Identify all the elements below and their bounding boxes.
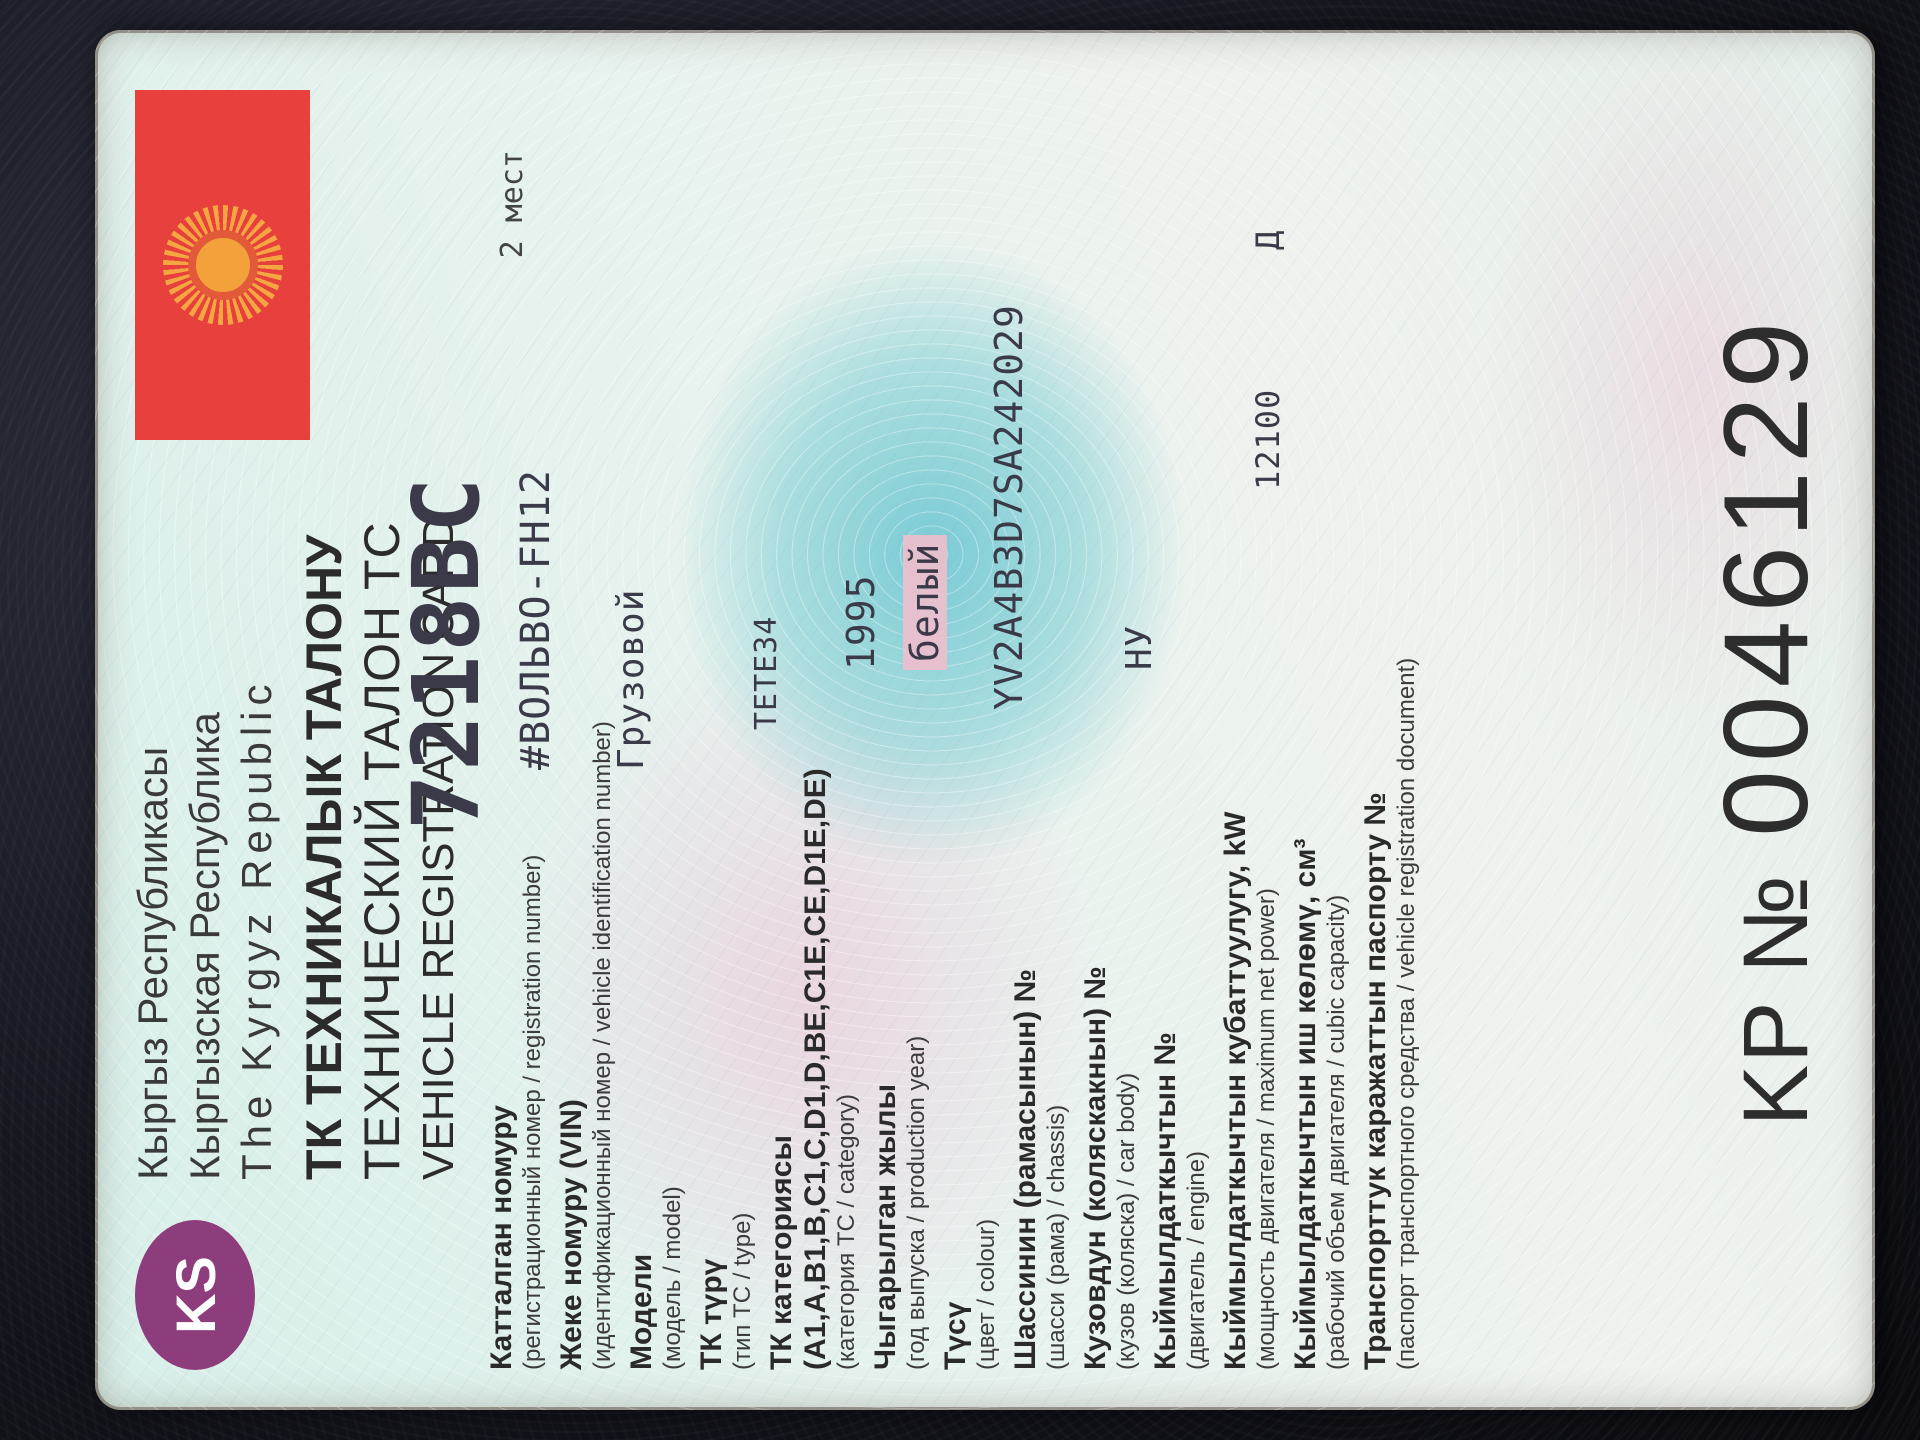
- production-year-value: 1995: [839, 574, 883, 670]
- chassis-value: YV2A4B3D7SA242029: [987, 304, 1031, 710]
- field-colour: Түсү (цвет / colour) белый: [939, 70, 1001, 1370]
- field-engine: Кыймылдаткычтын № (двигатель / engine) Н…: [1149, 70, 1211, 1370]
- issuer-ky: Кыргыз Республикасы: [127, 679, 179, 1181]
- registration-number-value: 7218BC: [393, 474, 500, 830]
- issuer-block: Кыргыз Республикасы Кыргызская Республик…: [127, 679, 283, 1181]
- field-cubic-capacity: Кыймылдаткычтын иш көлөмү, см³ (рабочий …: [1289, 70, 1351, 1370]
- document-number: KP №0046129: [1697, 70, 1835, 1370]
- field-car-body: Кузовдун (коляскакнын) № (кузов (коляска…: [1079, 70, 1141, 1370]
- model-value: Грузовой: [611, 589, 652, 770]
- category-value: ТЕТЕЗ4: [749, 616, 784, 730]
- cubic-capacity-value: 12100: [1249, 389, 1287, 490]
- field-model: Модели (модель / model) Грузовой: [625, 70, 687, 1370]
- document-number-value: 0046129: [1699, 314, 1833, 837]
- ks-badge-text: KS: [163, 1256, 228, 1334]
- colour-value: белый: [903, 535, 947, 670]
- issuer-en: The Kyrgyz Republic: [231, 679, 283, 1181]
- engine-value: НУ: [1119, 625, 1160, 670]
- document-number-prefix: KP №: [1725, 873, 1827, 1126]
- field-registration-document: Транспорттук каражаттын паспорту № (пасп…: [1359, 70, 1421, 1370]
- fuel-mark-value: Д: [1249, 230, 1287, 250]
- vehicle-registration-card: KS Кыргыз Республикасы Кыргызская Респуб…: [95, 30, 1875, 1410]
- field-chassis: Шассинин (рамасынын) № (шасси (рама) / c…: [1009, 70, 1071, 1370]
- field-production-year: Чыгарылган жылы (год выпуска / productio…: [869, 70, 931, 1370]
- field-list: Катталган номуру (регистрационный номер …: [485, 70, 1429, 1370]
- field-engine-power: Кыймылдаткычтын кубаттуулугу, kW (мощнос…: [1219, 70, 1281, 1370]
- field-type: ТК түрү (тип ТС / type): [695, 70, 757, 1370]
- kyrgyz-flag-icon: [135, 90, 310, 440]
- vin-value: #ВОЛЬВО-FH12: [513, 469, 559, 770]
- issuer-ru: Кыргызская Республика: [179, 679, 231, 1181]
- flag-sun-icon: [163, 205, 283, 325]
- ks-badge: KS: [135, 1220, 255, 1370]
- field-category: ТК категориясы (A1,A,B1,B,C1,C,D1,D,BE,C…: [765, 70, 861, 1370]
- title-ky: ТК ТЕХНИКАЛЫК ТАЛОНУ: [295, 516, 353, 1180]
- field-vin: Жеке номуру (VIN) (идентификационный ном…: [555, 70, 617, 1370]
